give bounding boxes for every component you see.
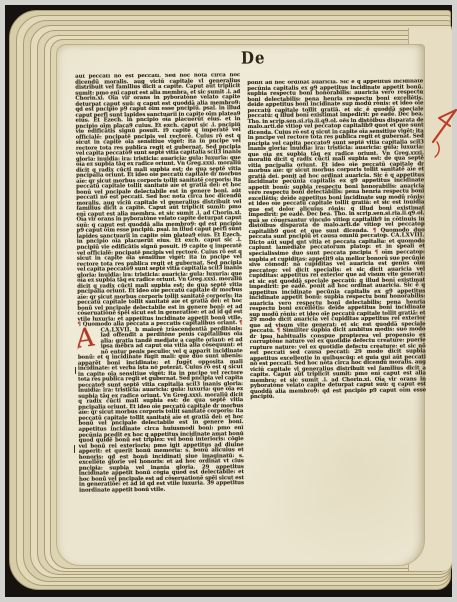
text-block: De aūt peccati nō est peccati. Sed hoc n…	[75, 45, 427, 498]
running-header: De	[241, 47, 301, 68]
right-text-column: ponit ad hoc ordinat auaricia. Sic ē q a…	[247, 79, 427, 489]
right-body-2c: Similiter supbia dicit ambitus modis: su…	[250, 327, 427, 401]
left-body-2: b maiorē trāscendentiā perditōnis: lad o…	[78, 326, 244, 494]
red-nota-icon	[429, 102, 457, 158]
left-text-column: aūt peccati nō est peccati. Sed hoc nota…	[75, 73, 244, 499]
current-page: De aūt peccati nō est peccati. Sed hoc n…	[56, 44, 425, 566]
right-body-2b: oīm peccatop: supbia et cupiditas: appet…	[249, 249, 426, 334]
rubricated-initial-a: A	[78, 329, 99, 352]
book-photo: De aūt peccati nō est peccati. Sed hoc n…	[0, 0, 457, 602]
margin-ink-stroke	[74, 445, 75, 453]
margin-ink-stroke	[75, 367, 76, 374]
right-body-1: ponit ad hoc ordinat auaricia. Sic ē q a…	[247, 79, 424, 235]
left-body-1: aūt peccati nō est peccati. Sed hoc nota…	[75, 73, 242, 322]
